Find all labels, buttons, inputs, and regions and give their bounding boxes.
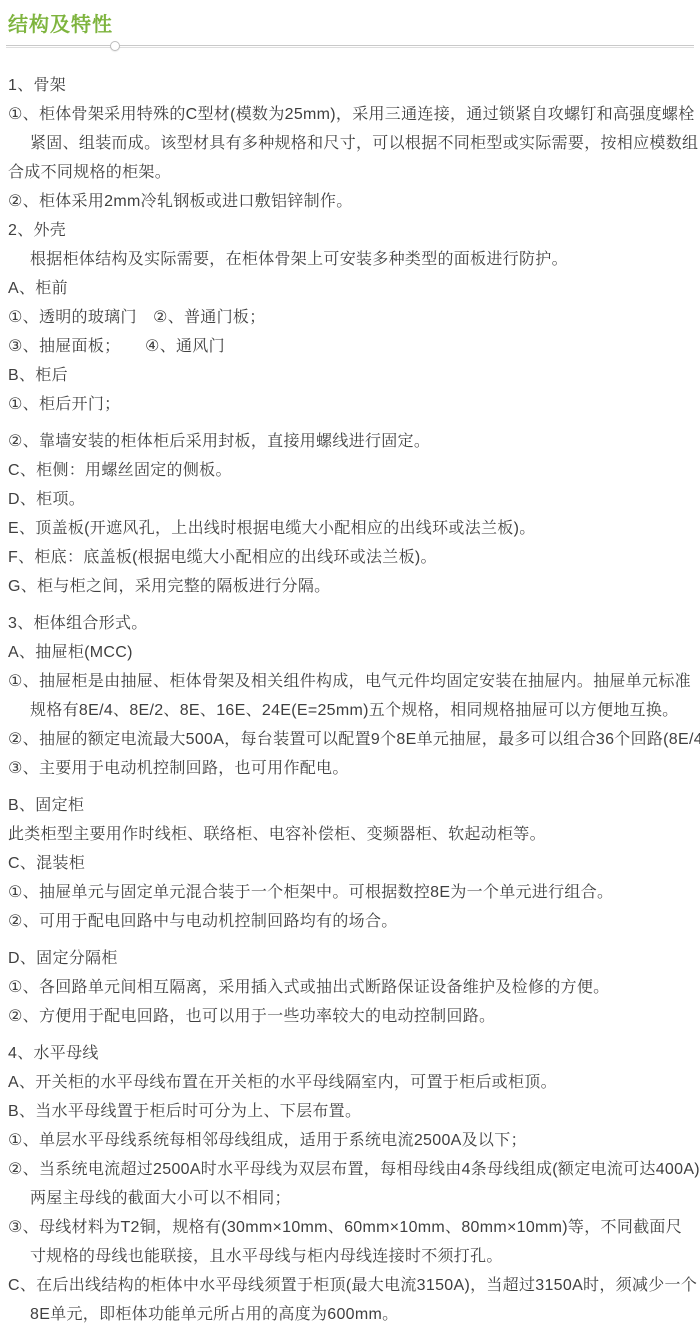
continuation-line: 紧固、组装而成。该型材具有多种规格和尺寸，可以根据不同柜型或实际需要，按相应模数… xyxy=(8,129,696,158)
list-item: ①、柜后开门； xyxy=(8,390,696,419)
list-item: F、柜底：底盖板(根据电缆大小配相应的出线环或法兰板)。 xyxy=(8,543,696,572)
continuation-line: 合成不同规格的柜架。 xyxy=(8,158,696,187)
list-item: C、混装柜 xyxy=(8,849,696,878)
content: 1、骨架①、柜体骨架采用特殊的C型材(模数为25mm)，采用三通连接，通过锁紧自… xyxy=(0,71,700,1329)
list-item: E、顶盖板(开遮风孔，上出线时根据电缆大小配相应的出线环或法兰板)。 xyxy=(8,514,696,543)
list-item: ①、各回路单元间相互隔离，采用插入式或抽出式断路保证设备维护及检修的方便。 xyxy=(8,973,696,1002)
continuation-line: 寸规格的母线也能联接，且水平母线与柜内母线连接时不须打孔。 xyxy=(8,1242,696,1271)
list-item: D、固定分隔柜 xyxy=(8,944,696,973)
list-item: G、柜与柜之间，采用完整的隔板进行分隔。 xyxy=(8,572,696,601)
list-item: ③、抽屉面板； ④、通风门 xyxy=(8,332,696,361)
list-item: ①、抽屉单元与固定单元混合装于一个柜架中。可根据数控8E为一个单元进行组合。 xyxy=(8,878,696,907)
page-title: 结构及特性 xyxy=(0,13,700,37)
continuation-line: 规格有8E/4、8E/2、8E、16E、24E(E=25mm)五个规格，相同规格… xyxy=(8,696,696,725)
page: 结构及特性 1、骨架①、柜体骨架采用特殊的C型材(模数为25mm)，采用三通连接… xyxy=(0,0,700,1338)
list-item: ①、柜体骨架采用特殊的C型材(模数为25mm)，采用三通连接，通过锁紧自攻螺钉和… xyxy=(8,100,696,129)
list-item: C、柜侧：用螺丝固定的侧板。 xyxy=(8,456,696,485)
list-item: A、抽屉柜(MCC) xyxy=(8,638,696,667)
section-heading: 3、柜体组合形式。 xyxy=(8,609,696,638)
list-item: C、在后出线结构的柜体中水平母线须置于柜顶(最大电流3150A)，当超过3150… xyxy=(8,1271,696,1300)
list-item: ②、抽屉的额定电流最大500A，每台装置可以配置9个8E单元抽屉，最多可以组合3… xyxy=(8,725,696,754)
list-item: ①、单层水平母线系统每相邻母线组成，适用于系统电流2500A及以下； xyxy=(8,1126,696,1155)
list-item: ②、方便用于配电回路，也可以用于一些功率较大的电动控制回路。 xyxy=(8,1002,696,1031)
list-item: B、当水平母线置于柜后时可分为上、下层布置。 xyxy=(8,1097,696,1126)
list-item: ②、可用于配电回路中与电动机控制回路均有的场合。 xyxy=(8,907,696,936)
title-divider xyxy=(6,43,694,53)
list-item: ②、靠墙安装的柜体柜后采用封板，直接用螺线进行固定。 xyxy=(8,427,696,456)
section-heading: 4、水平母线 xyxy=(8,1039,696,1068)
list-item: D、柜项。 xyxy=(8,485,696,514)
list-item: ③、母线材料为T2铜，规格有(30mm×10mm、60mm×10mm、80mm×… xyxy=(8,1213,696,1242)
list-item: ②、柜体采用2mm冷轧钢板或进口敷铝锌制作。 xyxy=(8,187,696,216)
continuation-line: 根据柜体结构及实际需要，在柜体骨架上可安装多种类型的面板进行防护。 xyxy=(8,245,696,274)
continuation-line: 此类柜型主要用作时线柜、联络柜、电容补偿柜、变频器柜、软起动柜等。 xyxy=(8,820,696,849)
continuation-line: 两屋主母线的截面大小可以不相同； xyxy=(8,1184,696,1213)
list-item: A、开关柜的水平母线布置在开关柜的水平母线隔室内，可置于柜后或柜顶。 xyxy=(8,1068,696,1097)
section-heading: 2、外壳 xyxy=(8,216,696,245)
divider-knob-icon xyxy=(110,41,120,51)
continuation-line: 8E单元，即柜体功能单元所占用的高度为600mm。 xyxy=(8,1300,696,1329)
list-item: ②、当系统电流超过2500A时水平母线为双层布置，每相母线由4条母线组成(额定电… xyxy=(8,1155,696,1184)
list-item: ①、透明的玻璃门 ②、普通门板； xyxy=(8,303,696,332)
list-item: B、柜后 xyxy=(8,361,696,390)
list-item: ①、抽屉柜是由抽屉、柜体骨架及相关组件构成，电气元件均固定安装在抽屉内。抽屉单元… xyxy=(8,667,696,696)
list-item: ③、主要用于电动机控制回路，也可用作配电。 xyxy=(8,754,696,783)
section-heading: 1、骨架 xyxy=(8,71,696,100)
list-item: B、固定柜 xyxy=(8,791,696,820)
list-item: A、柜前 xyxy=(8,274,696,303)
